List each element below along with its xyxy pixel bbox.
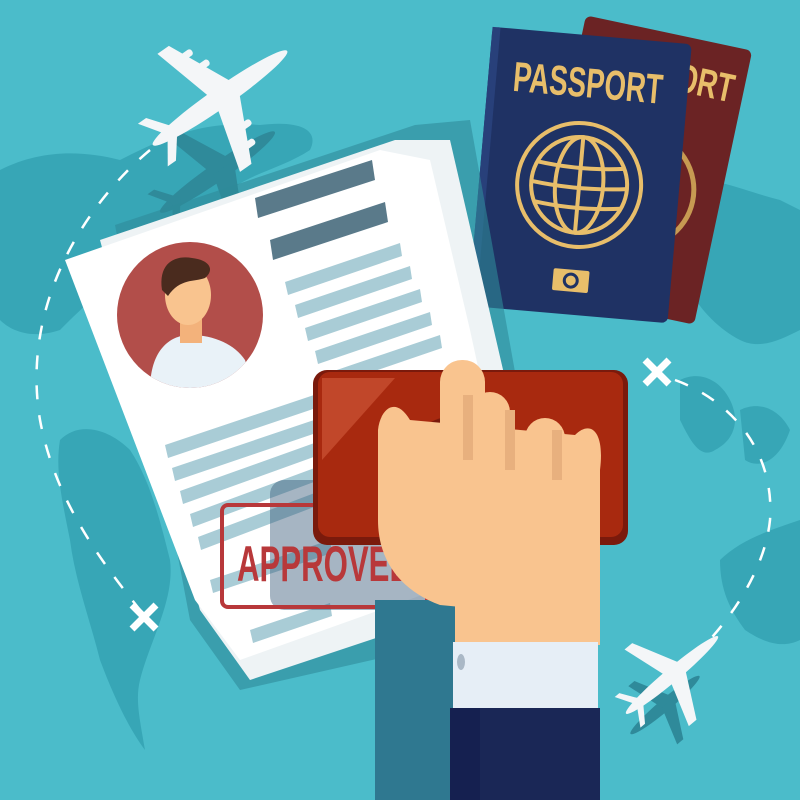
chip-icon — [552, 268, 590, 293]
cuff-button-icon — [457, 654, 465, 670]
sleeve-shade — [450, 708, 480, 800]
shirt-cuff — [453, 642, 598, 710]
visa-approval-illustration: PASSPORT PASSPORT — [0, 0, 800, 800]
passport-front: PASSPORT — [468, 27, 692, 323]
